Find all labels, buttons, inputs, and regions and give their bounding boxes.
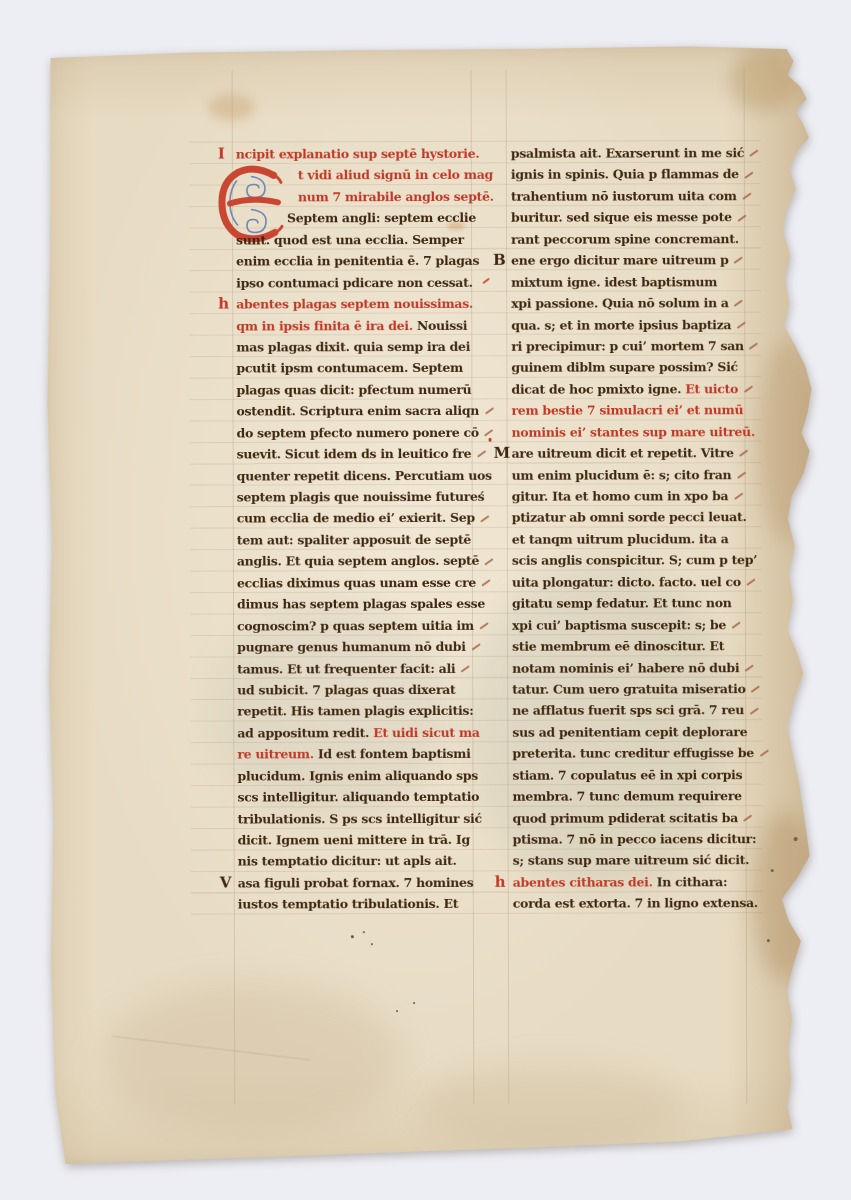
ink-text: Id est fontem baptismi	[318, 746, 471, 761]
ink-text: Septem angli: septem ecclie	[287, 210, 476, 225]
text-line: psalmista ait. Exarserunt in me sić	[511, 142, 749, 164]
speck	[351, 935, 354, 938]
text-line: tem aut: spaliter apposuit de septē	[237, 529, 475, 551]
ink-text: sus ad penitentiam cepit deplorare	[512, 724, 747, 740]
line-filler-slash	[481, 579, 490, 586]
text-line: notam nominis ei’ habere nō dubi	[512, 657, 750, 679]
text-line: preterita. tunc creditur effugisse be	[512, 742, 750, 764]
ink-text: dimus has septem plagas spales esse	[237, 596, 485, 612]
text-line: stie membrum eē dinoscitur. Et	[512, 635, 750, 657]
line-filler-slash	[471, 643, 480, 650]
text-line: buritur. sed sique eis messe pote	[511, 206, 749, 228]
rubric-text: qm in ipsis finita ē ira dei.	[236, 318, 417, 333]
ink-text: notam nominis ei’ habere nō dubi	[512, 660, 739, 676]
line-filler-slash	[477, 450, 486, 457]
rubric-text: ncipit explanatio sup septē hystorie.	[236, 146, 480, 162]
line-filler-slash	[750, 707, 759, 714]
ink-text: pugnare genus humanum nō dubi	[237, 639, 466, 655]
ink-text: stie membrum eē dinoscitur. Et	[512, 638, 724, 654]
text-line: xpi passione. Quia nō solum in a	[511, 292, 749, 314]
ink-text: dicat de hoc pmixto igne.	[511, 381, 685, 396]
text-line: qm in ipsis finita ē ira dei. Nouissi	[236, 314, 474, 336]
rubric-text: abentes citharas dei.	[513, 874, 657, 889]
rubric-text: t vidi aliud signū in celo mag	[298, 167, 493, 183]
stain	[757, 341, 818, 541]
rubric-text: num 7 mirabile anglos septē.	[298, 189, 494, 205]
line-filler-slash	[751, 686, 760, 693]
manuscript-leaf: Incipit explanatio sup septē hystorie.t …	[39, 41, 822, 1171]
line-filler-slash	[743, 385, 752, 392]
stain	[101, 982, 401, 1133]
text-line: Vasa figuli probat fornax. 7 homines	[238, 872, 476, 894]
text-line: mas plagas dixit. quia semp ira dei	[236, 336, 474, 358]
line-filler-slash	[734, 493, 743, 500]
text-line: ad appositum redit. Et uidi sicut ma	[237, 722, 475, 744]
ink-text: preterita. tunc creditur effugisse be	[512, 745, 754, 761]
ink-text: tamus. Et ut frequenter facit: ali	[237, 660, 455, 676]
text-line: num 7 mirabile anglos septē.	[236, 186, 474, 208]
ink-text: ipso contumaci pdicare non cessat.	[236, 275, 473, 291]
ink-text: ostendit. Scriptura enim sacra aliqn	[236, 403, 479, 419]
text-line: anglis. Et quia septem anglos. septē	[237, 550, 475, 572]
line-filler-slash	[743, 814, 752, 821]
text-line: guinem diblm supare possim? Sić	[511, 357, 749, 379]
ink-text: guinem diblm supare possim? Sić	[511, 360, 738, 376]
text-column-left: Incipit explanatio sup septē hystorie.t …	[236, 143, 476, 915]
ink-text: uita plongatur: dicto. facto. uel co	[512, 574, 741, 590]
ink-text: tem aut: spaliter apposuit de septē	[237, 532, 471, 548]
text-line: repetit. His tamen plagis explicitis:	[237, 700, 475, 722]
text-line: dicat de hoc pmixto igne. Et uicto	[511, 378, 749, 400]
rubric-text: rem bestie 7 simulacri ei’ et numū	[511, 402, 743, 418]
rubric-text: abentes plagas septem nouissimas.	[236, 296, 473, 312]
text-line: ne afflatus fuerit sps sci grā. 7 reu	[512, 700, 750, 722]
speck	[396, 1010, 398, 1012]
ink-text: plucidum. Ignis enim aliquando sps	[237, 768, 478, 784]
ink-text: xpi cui’ baptisma suscepit: s; be	[512, 617, 726, 633]
ink-text: pcutit ipsm contumacem. Septem	[236, 360, 463, 376]
vertical-ruling-line	[506, 70, 510, 1104]
text-line: corda est extorta. 7 in ligno extensa.	[513, 892, 751, 914]
ink-text: Nouissi	[417, 317, 467, 332]
ink-text: septem plagis que nouissime futureś	[237, 489, 485, 505]
stain	[421, 1061, 681, 1152]
ink-text: dicit. Ignem ueni mittere in trā. Ig	[238, 832, 470, 848]
text-line: scis anglis conspicitur. S; cum p tep’	[512, 549, 750, 571]
text-line: Mare uitreum dicit et repetit. Vitre	[512, 442, 750, 464]
text-line: mixtum igne. idest baptismum	[511, 271, 749, 293]
ink-text: cum ecclia de medio ei’ exierit. Sep	[237, 510, 475, 526]
ink-text: In cithara:	[657, 874, 728, 889]
text-line: rant peccorum spine concremant.	[511, 228, 749, 250]
text-line: um enim plucidum ē: s; cito fran	[512, 464, 750, 486]
ink-text: ptizatur ab omni sorde pecci leuat.	[512, 510, 747, 526]
text-column-right: psalmista ait. Exarserunt in me sićignis…	[511, 142, 751, 914]
speck	[771, 869, 774, 872]
red-caret-mark	[482, 278, 490, 285]
text-line: ptisma. 7 nō in pecco iacens dicitur:	[513, 828, 751, 850]
hanging-initial: I	[218, 144, 233, 165]
line-filler-slash	[759, 750, 768, 757]
text-line: uita plongatur: dicto. facto. uel co	[512, 571, 750, 593]
text-line: ignis in spinis. Quia p flammas de	[511, 164, 749, 186]
text-line: xpi cui’ baptisma suscepit: s; be	[512, 614, 750, 636]
text-line: Bene ergo dicitur mare uitreum p	[511, 249, 749, 271]
ink-text: ene ergo dicitur mare uitreum p	[511, 252, 728, 268]
speck	[363, 931, 365, 933]
text-line: gitatu semp fedatur. Et tunc non	[512, 592, 750, 614]
text-line: rem bestie 7 simulacri ei’ et numū	[511, 399, 749, 421]
ink-text: tatur. Cum uero gratuita miseratio	[512, 681, 745, 697]
line-filler-slash	[485, 558, 494, 565]
line-filler-slash	[737, 471, 746, 478]
ink-text: asa figuli probat fornax. 7 homines	[238, 875, 474, 891]
ink-text: quenter repetit dicens. Percutiam uos	[237, 467, 492, 483]
text-line: ipso contumaci pdicare non cessat.	[236, 272, 474, 294]
ink-text: scs intelligitur. aliquando temptatio	[237, 789, 479, 805]
ink-text: trahentium nō iustorum uita com	[511, 188, 737, 204]
text-line: Septem angli: septem ecclie	[236, 207, 474, 229]
ink-text: et tanqm uitrum plucidum. ita a	[512, 531, 729, 547]
text-line: do septem pfecto numero ponere cō	[237, 422, 475, 444]
red-pigment-dot	[489, 438, 492, 442]
text-line: sus ad penitentiam cepit deplorare	[512, 721, 750, 743]
text-line: cum ecclia de medio ei’ exierit. Sep	[237, 507, 475, 529]
text-line: dicit. Ignem ueni mittere in trā. Ig	[238, 829, 476, 851]
ink-text: cognoscim? p quas septem uitia im	[237, 618, 474, 634]
text-line: et tanqm uitrum plucidum. ita a	[512, 528, 750, 550]
text-line: plagas quas dicit: pfectum numerū	[236, 379, 474, 401]
text-line: Incipit explanatio sup septē hystorie.	[236, 143, 474, 165]
ink-text: suevit. Sicut idem ds in leuitico fre	[237, 446, 472, 462]
stain	[729, 51, 799, 111]
ink-text: anglis. Et quia septem anglos. septē	[237, 553, 479, 569]
ink-text: plagas quas dicit: pfectum numerū	[236, 382, 471, 398]
text-line: stiam. 7 copulatus eē in xpi corpis	[512, 764, 750, 786]
text-line: ri precipimur: p cui’ mortem 7 san	[511, 335, 749, 357]
line-filler-slash	[737, 321, 746, 328]
line-filler-slash	[734, 257, 743, 264]
text-line: enim ecclia in penitentia ē. 7 plagas	[236, 250, 474, 272]
rubric-text: re uitreum.	[237, 747, 318, 762]
ink-text: are uitreum dicit et repetit. Vitre	[512, 445, 734, 461]
ink-text: ad appositum redit.	[237, 725, 373, 740]
ink-text: ri precipimur: p cui’ mortem 7 san	[511, 338, 743, 354]
text-line: quod primum pdiderat scitatis ba	[513, 807, 751, 829]
text-line: t vidi aliud signū in celo mag	[236, 164, 474, 186]
line-filler-slash	[739, 450, 748, 457]
ink-text: ignis in spinis. Quia p flammas de	[511, 167, 739, 183]
line-filler-slash	[744, 171, 753, 178]
line-filler-slash	[737, 214, 746, 221]
ink-text: rant peccorum spine concremant.	[511, 231, 739, 247]
parchment-crease	[112, 1036, 311, 1061]
ink-text: nis temptatio dicitur: ut apls ait.	[238, 853, 457, 869]
text-line: s; stans sup mare uitreum sić dicit.	[513, 850, 751, 872]
ink-text: corda est extorta. 7 in ligno extensa.	[513, 895, 758, 911]
ink-text: ne afflatus fuerit sps sci grā. 7 reu	[512, 703, 744, 719]
text-line: tatur. Cum uero gratuita miseratio	[512, 678, 750, 700]
ink-text: mixtum igne. idest baptismum	[511, 274, 717, 290]
text-line: membra. 7 tunc demum requirere	[512, 785, 750, 807]
line-filler-slash	[731, 621, 740, 628]
stain	[753, 811, 817, 981]
ink-text: buritur. sed sique eis messe pote	[511, 210, 732, 226]
ink-text: membra. 7 tunc demum requirere	[512, 788, 741, 804]
text-line: gitur. Ita et homo cum in xpo ba	[512, 485, 750, 507]
text-line: scs intelligitur. aliquando temptatio	[237, 786, 475, 808]
text-line: ecclias diximus quas unam esse cre	[237, 572, 475, 594]
hanging-initial: B	[493, 250, 508, 271]
ink-text: s; stans sup mare uitreum sić dicit.	[513, 853, 750, 869]
text-line: nominis ei’ stantes sup mare uitreū.	[512, 421, 750, 443]
hanging-initial: M	[494, 443, 509, 464]
text-line: tamus. Et ut frequenter facit: ali	[237, 657, 475, 679]
text-line: ostendit. Scriptura enim sacra aliqn	[236, 400, 474, 422]
text-line: tribulationis. S ps scs intelligitur sić	[238, 807, 476, 829]
text-line: pugnare genus humanum nō dubi	[237, 636, 475, 658]
text-line: plucidum. Ignis enim aliquando sps	[237, 765, 475, 787]
text-line: re uitreum. Id est fontem baptismi	[237, 743, 475, 765]
hanging-initial: h	[495, 872, 510, 893]
ink-text: um enim plucidum ē: s; cito fran	[512, 467, 732, 483]
rubric-text: nominis ei’ stantes sup mare uitreū.	[512, 424, 755, 440]
speck	[371, 943, 373, 945]
text-line: ptizatur ab omni sorde pecci leuat.	[512, 507, 750, 529]
ink-text: tribulationis. S ps scs intelligitur sić	[238, 810, 482, 826]
line-filler-slash	[745, 664, 754, 671]
ink-text: repetit. His tamen plagis explicitis:	[237, 703, 473, 719]
ink-text: ud subicit. 7 plagas quas dixerat	[237, 682, 455, 698]
text-line: ud subicit. 7 plagas quas dixerat	[237, 679, 475, 701]
line-filler-slash	[746, 578, 755, 585]
text-line: nis temptatio dicitur: ut apls ait.	[238, 850, 476, 872]
text-line: dimus has septem plagas spales esse	[237, 593, 475, 615]
line-filler-slash	[484, 408, 493, 415]
hanging-initial: V	[220, 872, 235, 893]
ink-text: iustos temptatio tribulationis. Et	[238, 896, 459, 912]
hanging-initial: h	[218, 294, 233, 315]
line-filler-slash	[480, 515, 489, 522]
text-line: habentes citharas dei. In cithara:	[513, 871, 751, 893]
speck	[767, 939, 770, 942]
ink-text: do septem pfecto numero ponere cō	[237, 425, 479, 441]
ink-text: enim ecclia in penitentia ē. 7 plagas	[236, 253, 479, 269]
rubric-text: Et uidi sicut ma	[373, 725, 480, 740]
rubric-text: Et uicto	[685, 381, 738, 396]
text-line: suevit. Sicut idem ds in leuitico fre	[237, 443, 475, 465]
ink-text: gitur. Ita et homo cum in xpo ba	[512, 488, 729, 504]
speck	[794, 837, 798, 841]
text-line: iustos temptatio tribulationis. Et	[238, 893, 476, 915]
photo-backdrop: Incipit explanatio sup septē hystorie.t …	[0, 0, 851, 1200]
ink-text: stiam. 7 copulatus eē in xpi corpis	[512, 767, 742, 783]
ink-text: xpi passione. Quia nō solum in a	[511, 295, 729, 311]
ink-text: qua. s; et in morte ipsius baptiza	[511, 317, 731, 333]
manuscript-leaf-wrap: Incipit explanatio sup septē hystorie.t …	[39, 41, 822, 1171]
line-filler-slash	[750, 150, 759, 157]
speck	[413, 1002, 415, 1004]
line-filler-slash	[461, 665, 470, 672]
text-line: quenter repetit dicens. Percutiam uos	[237, 464, 475, 486]
text-line: habentes plagas septem nouissimas.	[236, 293, 474, 315]
text-line: qua. s; et in morte ipsius baptiza	[511, 314, 749, 336]
ink-text: quod primum pdiderat scitatis ba	[513, 810, 738, 826]
line-filler-slash	[484, 429, 493, 436]
ink-text: gitatu semp fedatur. Et tunc non	[512, 595, 732, 611]
text-line: cognoscim? p quas septem uitia im	[237, 615, 475, 637]
text-line: trahentium nō iustorum uita com	[511, 185, 749, 207]
text-line: pcutit ipsm contumacem. Septem	[236, 357, 474, 379]
ink-text: psalmista ait. Exarserunt in me sić	[511, 145, 744, 161]
text-line: sunt. quod est una ecclia. Semper	[236, 229, 474, 251]
line-filler-slash	[749, 343, 758, 350]
ink-text: scis anglis conspicitur. S; cum p tep’	[512, 552, 757, 568]
ink-text: sunt. quod est una ecclia. Semper	[236, 232, 464, 248]
ink-text: ptisma. 7 nō in pecco iacens dicitur:	[513, 831, 757, 847]
line-filler-slash	[734, 300, 743, 307]
line-filler-slash	[742, 193, 751, 200]
ink-text: ecclias diximus quas unam esse cre	[237, 575, 476, 591]
text-line: septem plagis que nouissime futureś	[237, 486, 475, 508]
line-filler-slash	[479, 622, 488, 629]
ink-text: mas plagas dixit. quia semp ira dei	[236, 339, 470, 355]
